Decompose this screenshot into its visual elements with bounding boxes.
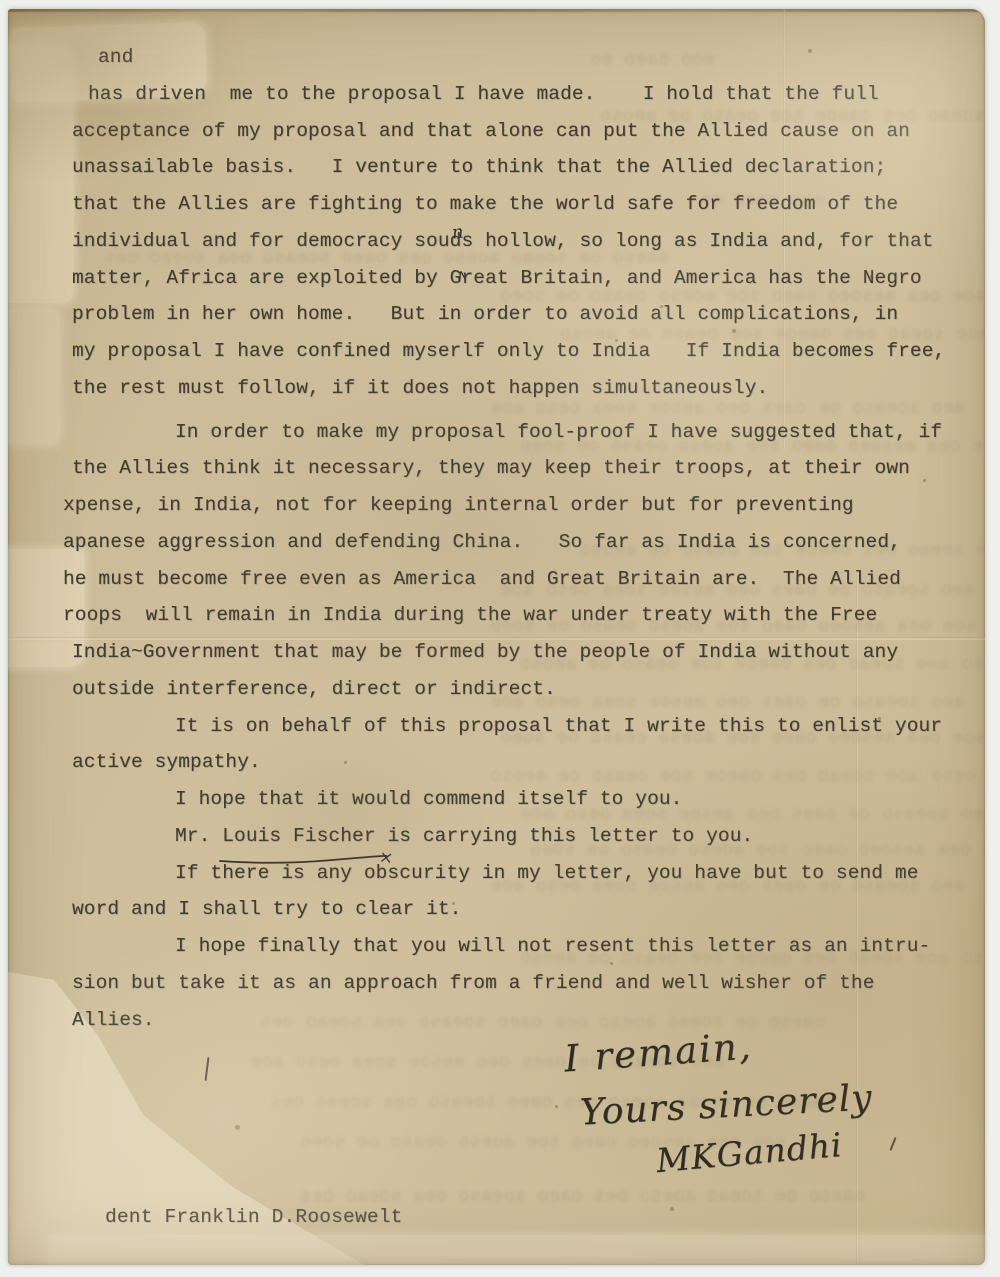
hand-underline	[218, 852, 390, 866]
letter-line: roops will remain in India during the wa…	[63, 597, 972, 634]
letter-line: xpense, in India, not for keeping intern…	[63, 487, 972, 524]
letter-line: sion but take it as an approach from a f…	[72, 965, 972, 1002]
letter-line: problem in her own home. But in order to…	[72, 296, 972, 333]
paper-tear-patch	[8, 45, 74, 303]
pen-stroke-mark	[205, 1057, 210, 1081]
paper-tear-patch-bottom	[48, 1235, 985, 1265]
letter-line: that the Allies are fighting to make the…	[72, 186, 972, 223]
letter-line: It is on behalf of this proposal that I …	[72, 708, 972, 745]
letter-line: I hope that it would commend itself to y…	[72, 781, 972, 818]
letter-line: word and I shall try to clear it.	[72, 891, 972, 928]
letter-line: the Allies think it necessary, they may …	[72, 450, 972, 487]
foxing-spot	[670, 1207, 674, 1211]
paper-tear-patch	[8, 309, 60, 445]
letter-line: Allies.	[72, 1002, 972, 1039]
torn-top-edge	[8, 9, 985, 12]
foxing-spot	[555, 1105, 558, 1108]
letter-line: If there is any obscurity in my letter, …	[72, 855, 972, 892]
letter-line: India~Government that may be formed by t…	[72, 634, 972, 671]
letter-line: unassailable basis. I venture to think t…	[72, 149, 972, 186]
letter-line: acceptance of my proposal and that alone…	[72, 113, 972, 150]
letter-line: my proposal I have confined myserlf only…	[72, 333, 972, 370]
foxing-spot	[235, 1125, 240, 1130]
underlined-name: Louis Fischer×	[222, 818, 375, 855]
letter-line: In order to make my proposal fool-proof …	[72, 414, 972, 451]
letter-line: Mr. Louis Fischer× is carrying this lett…	[72, 818, 972, 855]
scanned-letter-page: eoo oaeo eooeso aoe soeao oes oaeoe soe …	[0, 0, 1000, 1277]
letter-line: apanese aggression and defending China. …	[63, 524, 972, 561]
letter-line: individual and for democracy soun∧ds hol…	[72, 223, 972, 260]
letter-line: has driven me to the proposal I have mad…	[72, 76, 972, 113]
letter-line: active sympathy.	[72, 744, 972, 781]
letter-line: and	[72, 39, 972, 76]
pen-stroke-mark	[889, 1137, 896, 1151]
bleedthrough-line: oaeso oe soeao aoeso oes oaeo soeaso oea…	[300, 1187, 865, 1207]
paper-sheet: eoo oaeo eooeso aoe soeao oes oaeoe soe …	[8, 9, 985, 1265]
letter-line: matter, Africa are exploited by Great Br…	[72, 260, 972, 297]
letter-line: he must become free even as America and …	[63, 561, 972, 598]
letter-line: I hope finally that you will not resent …	[72, 928, 972, 965]
signature-name: MKGandhi	[655, 1125, 844, 1180]
addressee-fragment: dent Franklin D.Roosewelt	[105, 1206, 403, 1228]
letter-body: andhas driven me to the proposal I have …	[72, 39, 972, 1038]
letter-line: the rest must follow, if it does not hap…	[72, 370, 972, 407]
letter-line: outside interference, direct or indirect…	[72, 671, 972, 708]
